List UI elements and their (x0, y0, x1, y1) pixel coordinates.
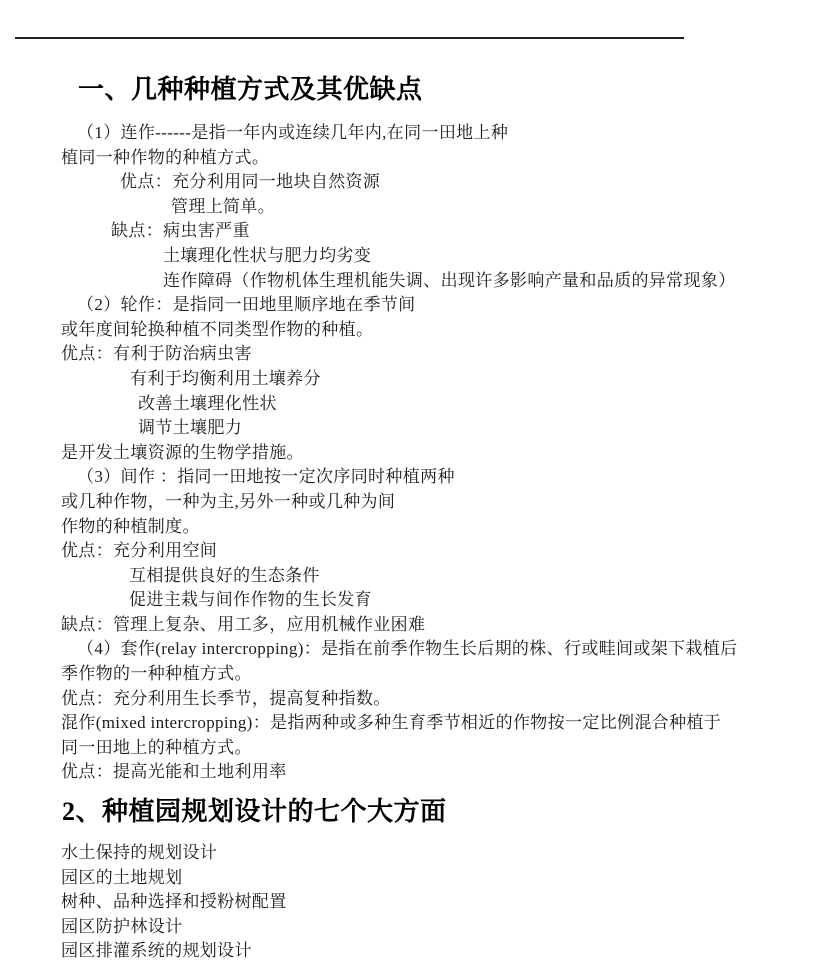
text-line: 优点：提高光能和土地利用率 (61, 760, 829, 785)
text-line: 是开发土壤资源的生物学措施。 (61, 441, 829, 466)
text-line: 或年度间轮换种植不同类型作物的种植。 (61, 318, 829, 343)
text-line: 园区的土地规划 (61, 866, 829, 891)
document-page: 一、几种种植方式及其优缺点 （1）连作------是指一年内或连续几年内,在同一… (0, 0, 837, 962)
text-line: 优点：充分利用空间 (61, 539, 829, 564)
text-line: 互相提供良好的生态条件 (61, 564, 829, 589)
text-line: 树种、品种选择和授粉树配置 (61, 890, 829, 915)
text-line: 或几种作物，一种为主,另外一种或几种为间 (61, 490, 829, 515)
section-1-body: （1）连作------是指一年内或连续几年内,在同一田地上种植同一种作物的种植方… (61, 121, 829, 785)
text-line: 缺点：管理上复杂、用工多，应用机械作业困难 (61, 613, 829, 638)
text-line: 管理上简单。 (61, 195, 829, 220)
text-line: 改善土壤理化性状 (61, 392, 829, 417)
text-line: 优点：有利于防治病虫害 (61, 342, 829, 367)
top-horizontal-rule (15, 37, 684, 39)
section-2-heading: 2、种植园规划设计的七个大方面 (61, 795, 829, 829)
text-line: 季作物的一种种植方式。 (61, 662, 829, 687)
text-line: 同一田地上的种植方式。 (61, 736, 829, 761)
text-line: （1）连作------是指一年内或连续几年内,在同一田地上种 (61, 121, 829, 146)
text-line: 土壤理化性状与肥力均劣变 (61, 244, 829, 269)
text-line: 水土保持的规划设计 (61, 841, 829, 866)
document-content: 一、几种种植方式及其优缺点 （1）连作------是指一年内或连续几年内,在同一… (0, 73, 837, 962)
text-line: 园区排灌系统的规划设计 (61, 939, 829, 962)
text-line: 调节土壤肥力 (61, 416, 829, 441)
text-line: 优点：充分利用同一地块自然资源 (61, 170, 829, 195)
section-2-list: 水土保持的规划设计园区的土地规划树种、品种选择和授粉树配置园区防护林设计园区排灌… (61, 841, 829, 962)
text-line: 促进主栽与间作作物的生长发育 (61, 588, 829, 613)
text-line: 植同一种作物的种植方式。 (61, 146, 829, 171)
text-line: 缺点：病虫害严重 (61, 219, 829, 244)
text-line: 作物的种植制度。 (61, 515, 829, 540)
section-1-heading: 一、几种种植方式及其优缺点 (61, 73, 829, 107)
text-line: （4）套作(relay intercropping)：是指在前季作物生长后期的株… (61, 637, 829, 662)
text-line: 园区防护林设计 (61, 915, 829, 940)
text-line: 连作障碍（作物机体生理机能失调、出现许多影响产量和品质的异常现象） (61, 269, 829, 294)
text-line: 优点：充分利用生长季节，提高复种指数。 (61, 687, 829, 712)
text-line: 混作(mixed intercropping)：是指两种或多种生育季节相近的作物… (61, 711, 829, 736)
text-line: 有利于均衡利用土壤养分 (61, 367, 829, 392)
text-line: （2）轮作：是指同一田地里顺序地在季节间 (61, 293, 829, 318)
text-line: （3）间作 ：指同一田地按一定次序同时种植两种 (61, 465, 829, 490)
